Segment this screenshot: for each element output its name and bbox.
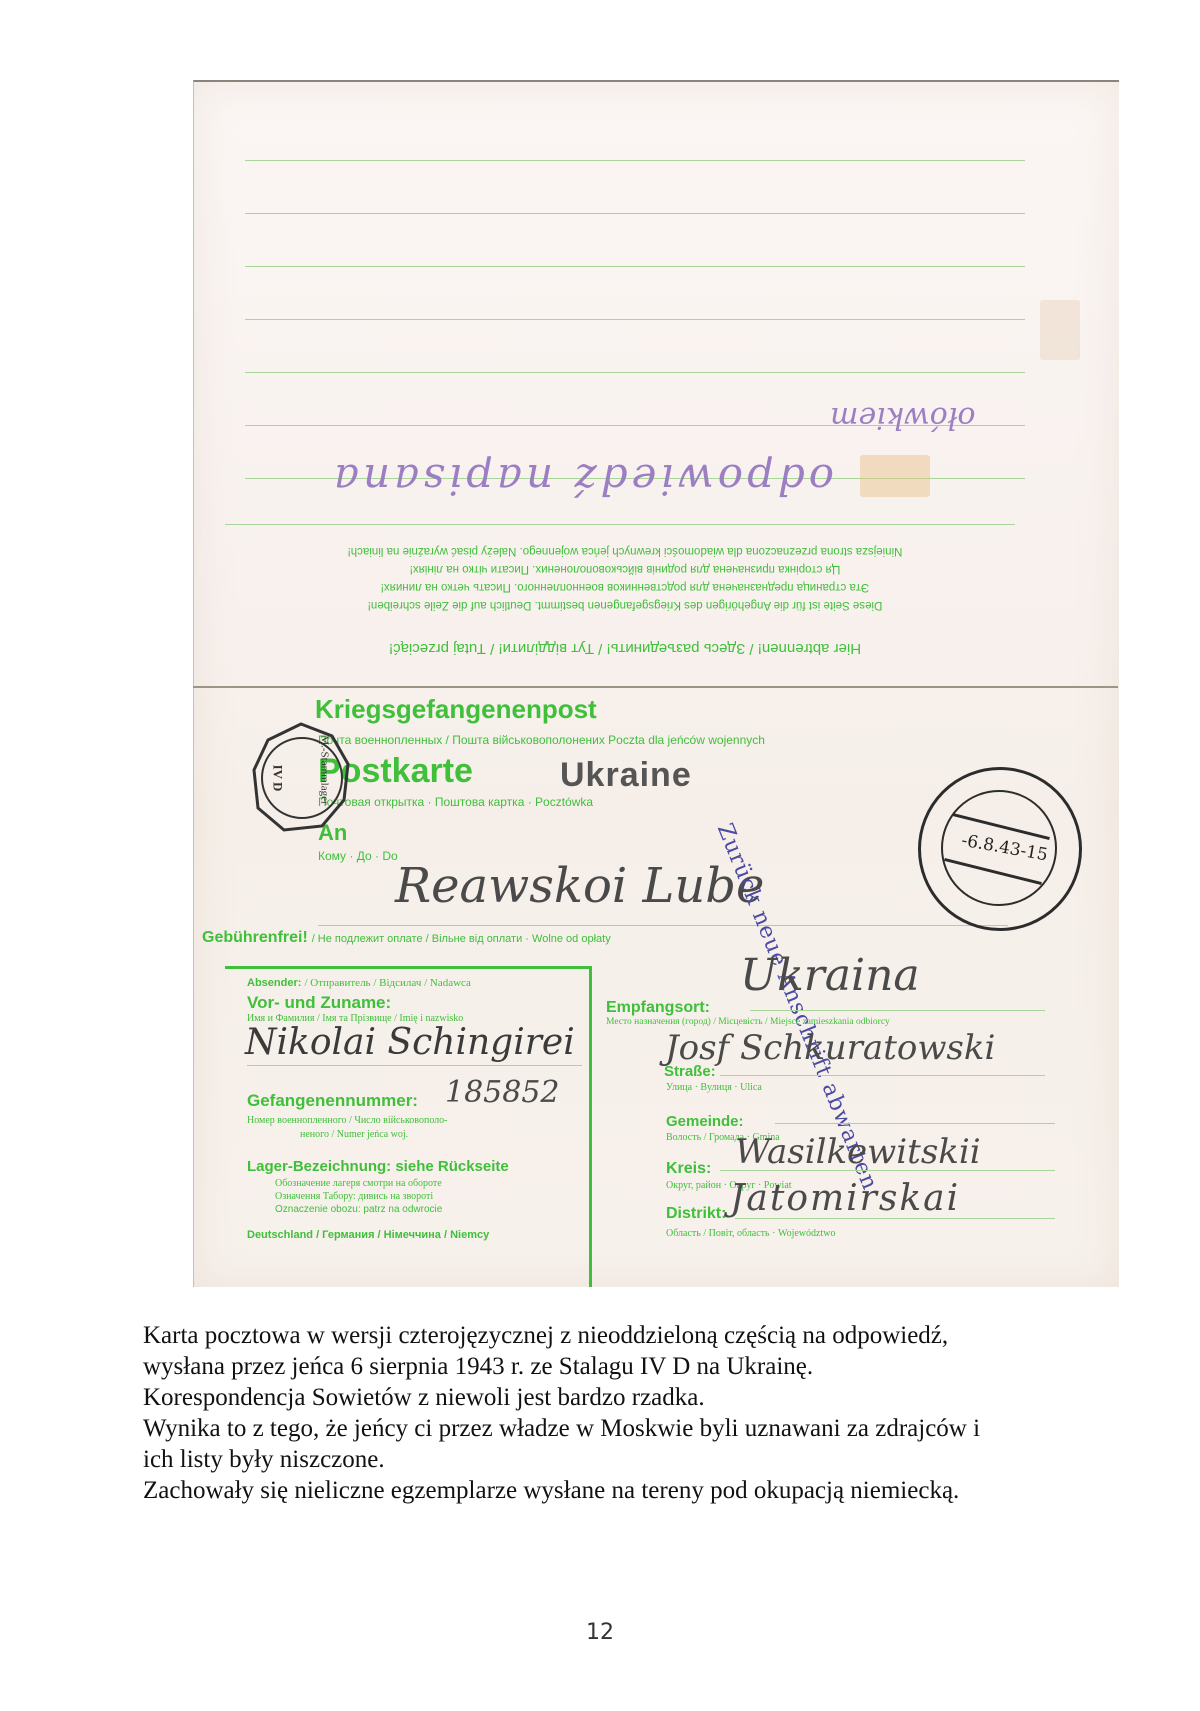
place-handwritten: Ukraina	[740, 950, 920, 1001]
page-number: 12	[0, 1620, 1200, 1645]
place-line	[750, 1010, 1045, 1011]
prisoner-number-translations-1: Номер военнопленного / Число військовопо…	[247, 1115, 448, 1126]
kreis-handwritten: Wasilkewitskii	[735, 1132, 981, 1172]
village-handwritten: Josf Schkuratowski	[665, 1028, 995, 1068]
absender-label: Absender:	[247, 977, 301, 989]
ruled-line	[245, 160, 1025, 161]
ruled-line	[245, 213, 1025, 214]
kreis-line	[720, 1170, 1055, 1171]
distrikt-handwritten: Jatomirskai	[730, 1178, 960, 1219]
reply-instruction-ru: Эта страница предназначена для родственн…	[235, 581, 1015, 593]
camp-stamp-line1: M.-Stammlager	[319, 735, 331, 804]
paper-stain	[1040, 300, 1080, 360]
place-translations: Место назначения (город) / Місцевість / …	[606, 1017, 1046, 1027]
absender-row: Absender: / Отправитель / Відсилач / Nad…	[247, 977, 471, 989]
reply-instruction-de: Diese Seite ist für die Angehörigen des …	[235, 599, 1015, 611]
reply-instruction-uk: Ця сторінка призначена для родинів війсь…	[235, 563, 1015, 575]
card-title-translations: Почта военнопленных / Пошта військовопол…	[318, 733, 765, 747]
address-line	[318, 925, 1008, 926]
prisoner-number-label: Gefangenennummer:	[247, 1091, 418, 1111]
street-line	[720, 1075, 1045, 1076]
caption-line: wysłana przez jeńca 6 sierpnia 1943 r. z…	[143, 1351, 1103, 1382]
caption-line: ich listy były niszczone.	[143, 1444, 1103, 1475]
fee-free-label: Gebührenfrei!	[202, 929, 308, 946]
card-title: Kriegsgefangenenpost	[315, 694, 597, 725]
camp-translation-uk: Означення Табору: дивись на звороті	[275, 1191, 433, 1202]
reply-instruction-pl: Niniejsza strona przeznaczona dla wiadom…	[235, 545, 1015, 557]
recipient-name-handwritten: Reawskoi Lube	[395, 858, 764, 914]
postmark: -6.8.43-15	[918, 767, 1082, 931]
fee-free-translations: / Не подлежит оплате / Вільне від оплати…	[312, 933, 611, 945]
separate-here-label: Hier abtrennen! / Здесь разъединить! / Т…	[235, 640, 1015, 657]
paper-stain	[860, 455, 930, 497]
camp-censor-stamp: M.-Stammlager IV D	[252, 722, 350, 832]
camp-stamp-line2: IV D	[269, 765, 285, 792]
reply-handwriting-line1: odpowiedź napisana	[330, 455, 834, 504]
caption-line: Korespondencja Sowietów z niewoli jest b…	[143, 1382, 1103, 1413]
ruled-line	[245, 319, 1025, 320]
kreis-label: Kreis:	[666, 1160, 711, 1178]
an-translations: Кому · До · Do	[318, 849, 398, 863]
caption-line: Zachowały się nieliczne egzemplarze wysł…	[143, 1475, 1103, 1506]
reply-handwriting-line2: ołówkiem	[830, 400, 976, 435]
ruled-line	[245, 266, 1025, 267]
camp-label: Lager-Bezeichnung: siehe Rückseite	[247, 1158, 509, 1175]
caption: Karta pocztowa w wersji czterojęzycznej …	[143, 1320, 1103, 1506]
caption-line: Wynika to z tego, że jeńcy ci przez wład…	[143, 1413, 1103, 1444]
sender-name-handwritten: Nikolai Schingirei	[245, 1022, 575, 1063]
destination-stamp: Ukraine	[560, 756, 692, 795]
camp-translation-pl: Oznaczenie obozu: patrz na odwrocie	[275, 1204, 442, 1215]
name-label: Vor- und Zuname:	[247, 993, 391, 1013]
country-label: Deutschland / Германия / Німеччина / Nie…	[247, 1229, 489, 1241]
perforation-fold	[193, 686, 1118, 688]
street-translations: Улица · Вулиця · Ulica	[666, 1082, 762, 1093]
absender-translations: / Отправитель / Відсилач / Nadawca	[304, 977, 470, 989]
distrikt-translations: Область / Повіт, область · Województwo	[666, 1228, 835, 1239]
gemeinde-line	[775, 1123, 1055, 1124]
distrikt-label: Distrikt:	[666, 1205, 726, 1223]
prisoner-number-translations-2: неного / Numer jeńca woj.	[300, 1129, 408, 1140]
ruled-line	[245, 372, 1025, 373]
distrikt-line	[735, 1218, 1055, 1219]
camp-translation-ru: Обозначение лагеря смотри на обороте	[275, 1178, 442, 1189]
postkarte-translations: Почтовая открытка · Поштова картка · Poc…	[318, 795, 593, 809]
fee-free-row: Gebührenfrei! / Не подлежит оплате / Віл…	[202, 929, 611, 947]
street-label: Straße:	[664, 1063, 716, 1080]
ruled-line	[225, 524, 1015, 525]
name-line	[247, 1065, 582, 1066]
place-label: Empfangsort:	[606, 999, 710, 1017]
gemeinde-label: Gemeinde:	[666, 1113, 744, 1130]
prisoner-number-value: 185852	[445, 1075, 560, 1110]
caption-line: Karta pocztowa w wersji czterojęzycznej …	[143, 1320, 1103, 1351]
